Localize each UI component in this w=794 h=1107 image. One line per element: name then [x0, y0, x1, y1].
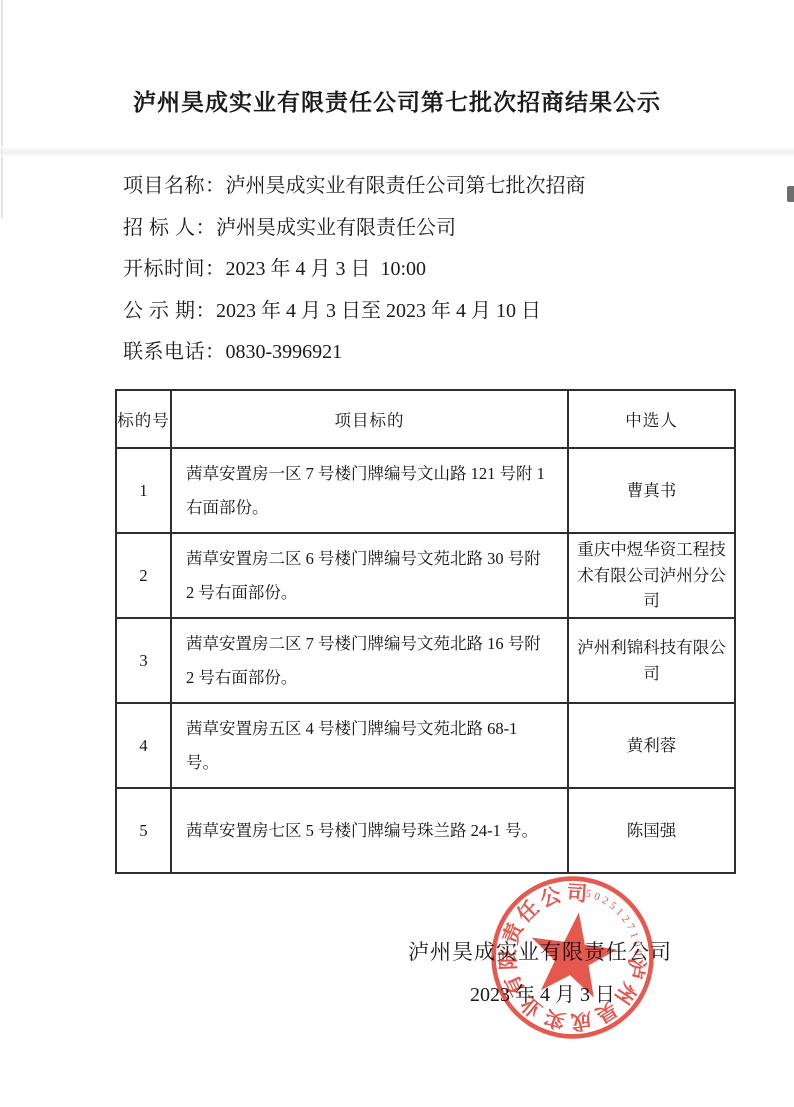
- seal-ring-character: 泸: [622, 956, 649, 981]
- results-table: 标的号项目标的中选人 1茜草安置房一区 7 号楼门牌编号文山路 121 号附 1…: [115, 389, 736, 874]
- lot-number-cell: 5: [116, 788, 171, 873]
- document-title: 泸州昊成实业有限责任公司第七批次招商结果公示: [0, 84, 794, 117]
- lot-number-cell: 1: [116, 448, 171, 533]
- table-row: 1茜草安置房一区 7 号楼门牌编号文山路 121 号附 1 右面部份。曹真书: [116, 448, 735, 533]
- table-header-cell: 项目标的: [171, 390, 568, 448]
- project-item-cell: 茜草安置房一区 7 号楼门牌编号文山路 121 号附 1 右面部份。: [171, 448, 568, 533]
- project-item-cell: 茜草安置房二区 6 号楼门牌编号文苑北路 30 号附 2 号右面部份。: [171, 533, 568, 618]
- project-item-cell: 茜草安置房七区 5 号楼门牌编号珠兰路 24-1 号。: [171, 788, 568, 873]
- info-line: 项目名称：泸州昊成实业有限责任公司第七批次招商: [123, 176, 586, 197]
- info-value: 泸州昊成实业有限责任公司第七批次招商: [226, 175, 586, 197]
- info-line: 开标时间：2023 年 4 月 3 日 10:00: [123, 259, 586, 280]
- scan-smudge-band: [0, 146, 794, 157]
- table-row: 4茜草安置房五区 4 号楼门牌编号文苑北路 68-1 号。黄利蓉: [116, 703, 735, 788]
- table-row: 2茜草安置房二区 6 号楼门牌编号文苑北路 30 号附 2 号右面部份。重庆中煜…: [116, 533, 735, 618]
- project-item-cell: 茜草安置房五区 4 号楼门牌编号文苑北路 68-1 号。: [171, 703, 568, 788]
- table-header-row: 标的号项目标的中选人: [116, 390, 735, 448]
- lot-number-cell: 4: [116, 703, 171, 788]
- table-header-cell: 中选人: [568, 390, 735, 448]
- info-value: 2023 年 4 月 3 日至 2023 年 4 月 10 日: [216, 300, 541, 322]
- info-label: 联系电话：: [123, 341, 226, 363]
- lot-number-cell: 2: [116, 533, 171, 618]
- table-row: 3茜草安置房二区 7 号楼门牌编号文苑北路 16 号附 2 号右面部份。泸州利锦…: [116, 618, 735, 703]
- seal-ring-character: 1: [627, 931, 640, 940]
- info-line: 联系电话：0830-3996921: [123, 342, 586, 363]
- seal-ring-character: 9: [632, 950, 644, 956]
- winner-cell: 泸州利锦科技有限公司: [568, 618, 735, 703]
- winner-cell: 曹真书: [568, 448, 735, 533]
- info-label: 招 标 人：: [123, 217, 216, 239]
- info-block: 项目名称：泸州昊成实业有限责任公司第七批次招商招 标 人：泸州昊成实业有限责任公…: [123, 176, 586, 384]
- seal-star-icon: [525, 907, 622, 1000]
- winner-cell: 陈国强: [568, 788, 735, 873]
- winner-cell: 重庆中煜华资工程技术有限公司泸州分公司: [568, 533, 735, 618]
- seal-ring-character: 成: [569, 1008, 593, 1035]
- info-line: 公 示 期：2023 年 4 月 3 日至 2023 年 4 月 10 日: [123, 301, 586, 322]
- info-label: 项目名称：: [123, 175, 226, 197]
- document-page: 泸州昊成实业有限责任公司第七批次招商结果公示 项目名称：泸州昊成实业有限责任公司…: [0, 0, 794, 1107]
- seal-ring-character: 限: [497, 949, 521, 971]
- lot-number-cell: 3: [116, 618, 171, 703]
- winner-cell: 黄利蓉: [568, 703, 735, 788]
- info-label: 开标时间：: [123, 258, 226, 280]
- seal-ring-character: 0: [592, 890, 602, 903]
- table-header-cell: 标的号: [116, 390, 171, 448]
- scan-edge-mark: [787, 186, 794, 202]
- info-value: 泸州昊成实业有限责任公司: [216, 217, 456, 239]
- info-label: 公 示 期：: [123, 300, 216, 322]
- info-value: 0830-3996921: [226, 341, 343, 363]
- project-item-cell: 茜草安置房二区 7 号楼门牌编号文苑北路 16 号附 2 号右面部份。: [171, 618, 568, 703]
- company-seal-stamp: 泸州昊成实业有限责任公司5025127109: [486, 871, 659, 1044]
- table-row: 5茜草安置房七区 5 号楼门牌编号珠兰路 24-1 号。陈国强: [116, 788, 735, 873]
- seal-ring-character: 0: [630, 940, 643, 948]
- info-value: 2023 年 4 月 3 日 10:00: [226, 258, 427, 280]
- info-line: 招 标 人：泸州昊成实业有限责任公司: [123, 218, 586, 239]
